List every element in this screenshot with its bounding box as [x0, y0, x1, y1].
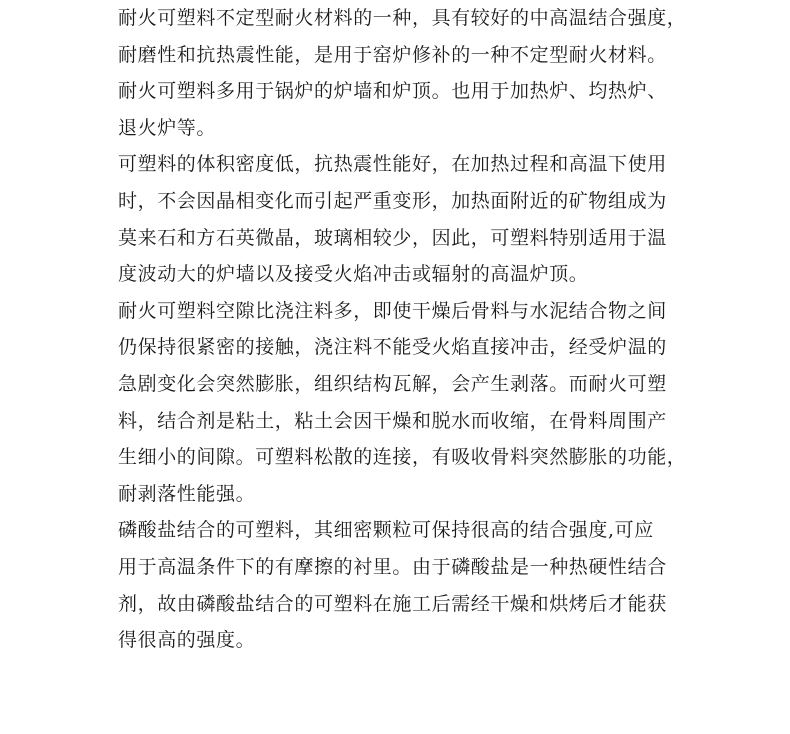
text-line: 得很高的强度。	[118, 622, 678, 659]
paragraph-intro: 耐火可塑料不定型耐火材料的一种，具有较好的中高温结合强度， 耐磨性和抗热震性能，…	[118, 0, 678, 146]
text-line: 仍保持很紧密的接触，浇注料不能受火焰直接冲击，经受炉温的	[118, 329, 678, 366]
text-line: 度波动大的炉墙以及接受火焰冲击或辐射的高温炉顶。	[118, 256, 678, 293]
text-line: 急剧变化会突然膨胀，组织结构瓦解，会产生剥落。而耐火可塑	[118, 366, 678, 403]
text-line: 磷酸盐结合的可塑料，其细密颗粒可保持很高的结合强度,可应	[118, 512, 678, 549]
text-line: 用于高温条件下的有摩擦的衬里。由于磷酸盐是一种热硬性结合	[118, 549, 678, 586]
text-line: 剂，故由磷酸盐结合的可塑料在施工后需经干燥和烘烤后才能获	[118, 586, 678, 623]
text-line: 耐磨性和抗热震性能，是用于窑炉修补的一种不定型耐火材料。	[118, 37, 678, 74]
text-line: 耐剥落性能强。	[118, 476, 678, 513]
text-line: 料，结合剂是粘土，粘土会因干燥和脱水而收缩，在骨料周围产	[118, 403, 678, 440]
paragraph-properties: 可塑料的体积密度低，抗热震性能好，在加热过程和高温下使用 时，不会因晶相变化而引…	[118, 146, 678, 292]
paragraph-phosphate: 磷酸盐结合的可塑料，其细密颗粒可保持很高的结合强度,可应 用于高温条件下的有摩擦…	[118, 512, 678, 658]
text-line: 耐火可塑料多用于锅炉的炉墙和炉顶。也用于加热炉、均热炉、	[118, 73, 678, 110]
text-line: 退火炉等。	[118, 110, 678, 147]
paragraph-comparison: 耐火可塑料空隙比浇注料多，即使干燥后骨料与水泥结合物之间 仍保持很紧密的接触，浇…	[118, 293, 678, 513]
text-line: 耐火可塑料不定型耐火材料的一种，具有较好的中高温结合强度，	[118, 0, 678, 37]
text-line: 可塑料的体积密度低，抗热震性能好，在加热过程和高温下使用	[118, 146, 678, 183]
text-line: 莫来石和方石英微晶，玻璃相较少，因此，可塑料特别适用于温	[118, 220, 678, 257]
text-line: 生细小的间隙。可塑料松散的连接，有吸收骨料突然膨胀的功能，	[118, 439, 678, 476]
text-line: 耐火可塑料空隙比浇注料多，即使干燥后骨料与水泥结合物之间	[118, 293, 678, 330]
text-line: 时，不会因晶相变化而引起严重变形，加热面附近的矿物组成为	[118, 183, 678, 220]
document-body: 耐火可塑料不定型耐火材料的一种，具有较好的中高温结合强度， 耐磨性和抗热震性能，…	[118, 0, 678, 659]
